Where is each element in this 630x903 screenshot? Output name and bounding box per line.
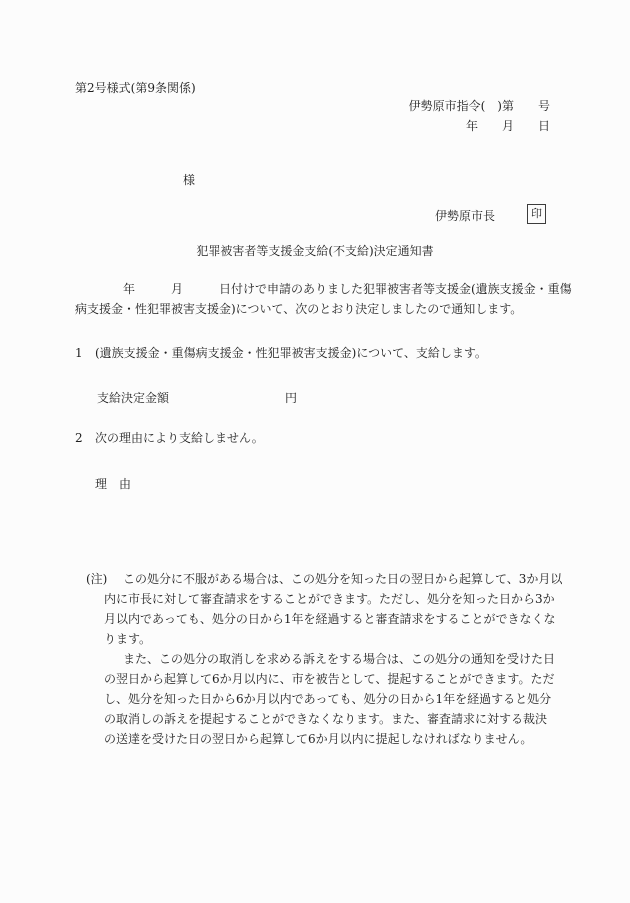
- opening-line: 病支援金・性犯罪被害支援金)について、次のとおり決定しましたので通知します。: [75, 299, 575, 319]
- item-2-text: 次の理由により支給しません。: [95, 428, 264, 448]
- amount-label: 支給決定金額: [97, 391, 169, 405]
- note-line: この処分に不服がある場合は、この処分を知った日の翌日から起算して、3か月以: [104, 569, 564, 589]
- item-2-number: 2: [75, 428, 95, 448]
- note-paragraphs: この処分に不服がある場合は、この処分を知った日の翌日から起算して、3か月以 内に…: [104, 569, 564, 749]
- date-line: 年 月 日: [466, 116, 550, 136]
- amount-line: 支給決定金額円: [97, 388, 297, 408]
- issuer-title: 伊勢原市長: [435, 206, 495, 226]
- document-page: 第2号様式(第9条関係) 伊勢原市指令( )第 号 年 月 日 様 伊勢原市長 …: [0, 0, 630, 903]
- form-number: 第2号様式(第9条関係): [75, 78, 196, 98]
- seal-stamp-box: 印: [527, 204, 546, 224]
- document-title: 犯罪被害者等支援金支給(不支給)決定通知書: [0, 241, 630, 261]
- note-line: の取消しの訴えを提起することができなくなります。また、審査請求に対する裁決: [104, 709, 564, 729]
- addressee-honorific: 様: [183, 170, 195, 190]
- note-line: し、処分を知った日から6か月以内であっても、処分の日から1年を経過すると処分: [104, 689, 564, 709]
- item-1: 1 (遺族支援金・重傷病支援金・性犯罪被害支援金)について、支給します。: [75, 343, 487, 363]
- note-line: ります。: [104, 629, 564, 649]
- note-line: 内に市長に対して審査請求をすることができます。ただし、処分を知った日から3か: [104, 589, 564, 609]
- note-line: の翌日から起算して6か月以内に、市を被告として、提起することができます。ただ: [104, 669, 564, 689]
- opening-paragraph: 年 月 日付けで申請のありました犯罪被害者等支援金(遺族支援金・重傷 病支援金・…: [75, 279, 575, 319]
- opening-line: 年 月 日付けで申請のありました犯罪被害者等支援金(遺族支援金・重傷: [75, 279, 575, 299]
- item-1-text: (遺族支援金・重傷病支援金・性犯罪被害支援金)について、支給します。: [95, 343, 487, 363]
- reason-label: 理 由: [95, 474, 131, 494]
- note-line: 月以内であっても、処分の日から1年を経過すると審査請求をすることができなくな: [104, 609, 564, 629]
- note-line: また、この処分の取消しを求める訴えをする場合は、この処分の通知を受けた日: [104, 649, 564, 669]
- item-2: 2 次の理由により支給しません。: [75, 428, 264, 448]
- item-1-number: 1: [75, 343, 95, 363]
- note-line: の送達を受けた日の翌日から起算して6か月以内に提起しなければなりません。: [104, 729, 564, 749]
- amount-unit: 円: [285, 391, 297, 405]
- directive-number: 伊勢原市指令( )第 号: [409, 96, 550, 116]
